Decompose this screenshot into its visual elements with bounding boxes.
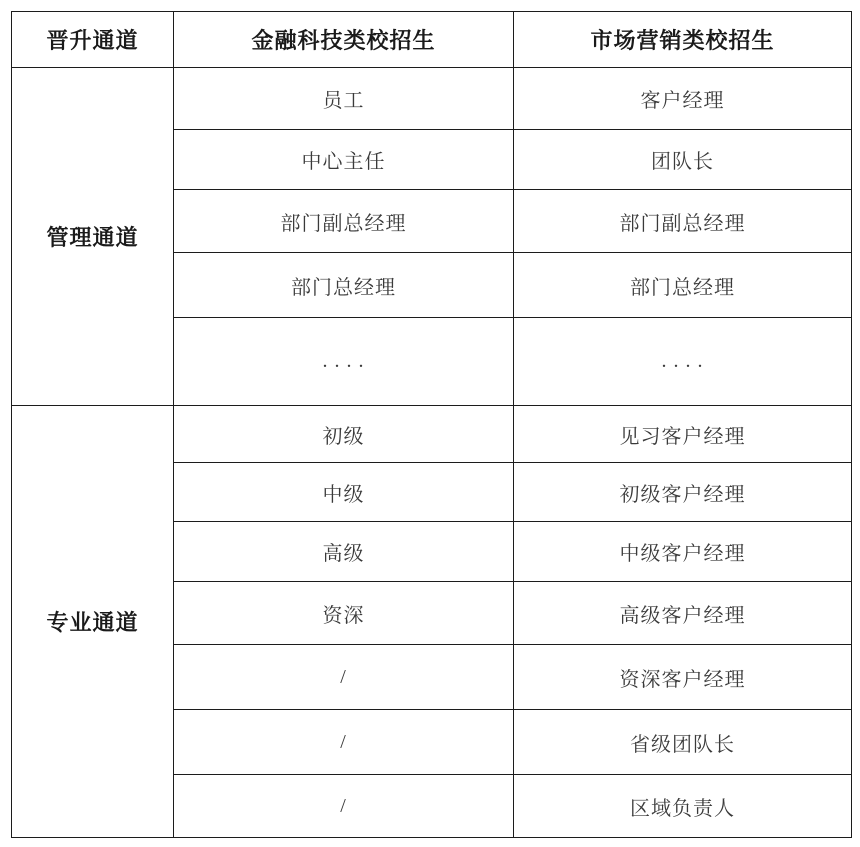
header-promotion-channel: 晋升通道 xyxy=(12,12,174,68)
cell-fintech: 中心主任 xyxy=(174,130,514,190)
promotion-channel-table: 晋升通道 金融科技类校招生 市场营销类校招生 管理通道 员工 客户经理 中心主任… xyxy=(11,11,852,838)
cell-fintech-slash: / xyxy=(174,710,514,775)
cell-marketing-ellipsis: . . . . xyxy=(514,318,852,406)
cell-fintech: 中级 xyxy=(174,463,514,522)
table-row: 专业通道 初级 见习客户经理 xyxy=(12,406,852,463)
cell-fintech-slash: / xyxy=(174,645,514,710)
cell-fintech: 高级 xyxy=(174,522,514,582)
table-header-row: 晋升通道 金融科技类校招生 市场营销类校招生 xyxy=(12,12,852,68)
section-label-management-channel: 管理通道 xyxy=(12,68,174,406)
cell-marketing: 省级团队长 xyxy=(514,710,852,775)
table-row: 管理通道 员工 客户经理 xyxy=(12,68,852,130)
cell-fintech: 初级 xyxy=(174,406,514,463)
cell-marketing: 团队长 xyxy=(514,130,852,190)
cell-marketing: 客户经理 xyxy=(514,68,852,130)
section-label-professional-channel: 专业通道 xyxy=(12,406,174,838)
cell-fintech-ellipsis: . . . . xyxy=(174,318,514,406)
cell-marketing: 资深客户经理 xyxy=(514,645,852,710)
cell-marketing: 中级客户经理 xyxy=(514,522,852,582)
cell-marketing: 初级客户经理 xyxy=(514,463,852,522)
cell-marketing: 见习客户经理 xyxy=(514,406,852,463)
header-marketing-recruits: 市场营销类校招生 xyxy=(514,12,852,68)
cell-marketing: 高级客户经理 xyxy=(514,582,852,645)
page: 晋升通道 金融科技类校招生 市场营销类校招生 管理通道 员工 客户经理 中心主任… xyxy=(0,0,860,847)
header-fintech-recruits: 金融科技类校招生 xyxy=(174,12,514,68)
cell-fintech-slash: / xyxy=(174,775,514,838)
cell-fintech: 部门副总经理 xyxy=(174,190,514,253)
cell-marketing: 部门副总经理 xyxy=(514,190,852,253)
cell-marketing: 部门总经理 xyxy=(514,253,852,318)
cell-fintech: 资深 xyxy=(174,582,514,645)
cell-marketing: 区域负责人 xyxy=(514,775,852,838)
cell-fintech: 部门总经理 xyxy=(174,253,514,318)
cell-fintech: 员工 xyxy=(174,68,514,130)
